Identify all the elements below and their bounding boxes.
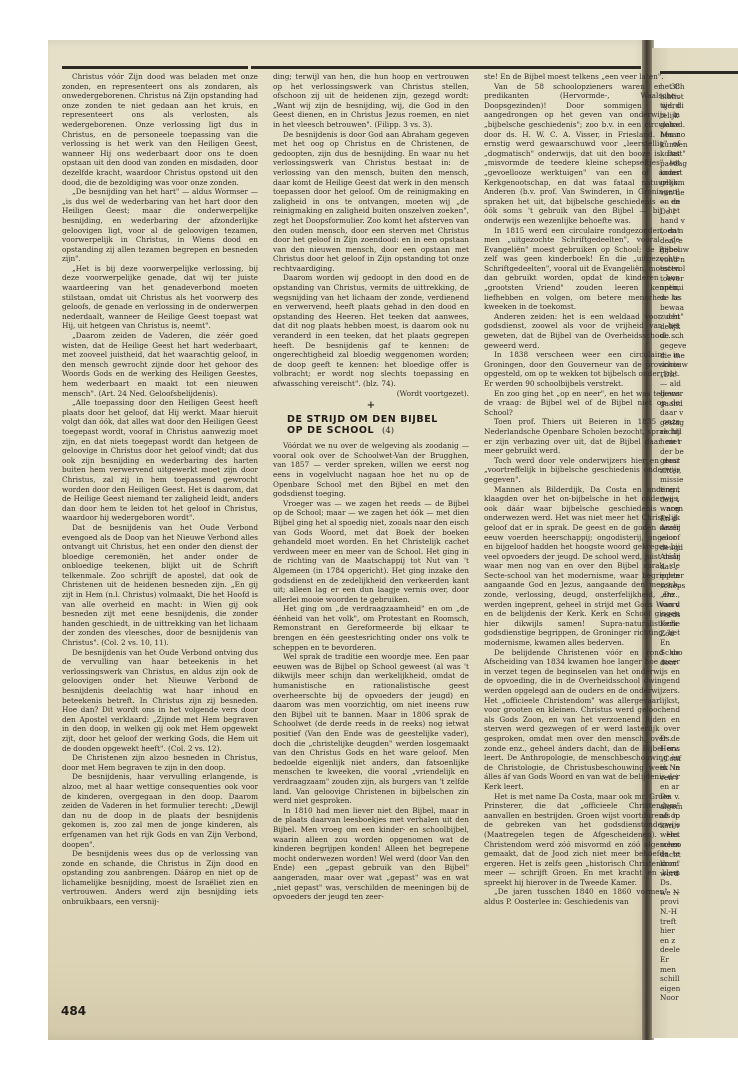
text-line-fragment: de sch xyxy=(660,331,738,341)
paragraph: Christus vóór Zijn dood was beladen met … xyxy=(62,72,258,187)
paragraph: ding; terwijl van hen, die hun hoop en v… xyxy=(273,72,469,130)
text-line-fragment: tijd, di xyxy=(660,101,738,111)
text-line-fragment: gehad. xyxy=(660,120,738,130)
text-line-fragment: Anslij xyxy=(660,523,738,533)
text-line-fragment: als h xyxy=(660,811,738,821)
paragraph: Vroeger was — we zagen het reeds — de Bi… xyxy=(273,499,469,605)
text-line-fragment xyxy=(660,686,738,696)
text-line-fragment: gaand xyxy=(660,399,738,409)
text-line-fragment: scheps xyxy=(660,581,738,591)
text-line-fragment: ven i xyxy=(660,773,738,783)
text-line-fragment: van he xyxy=(660,188,738,198)
text-line-fragment: in Ne xyxy=(660,763,738,773)
text-line-fragment: „Dic xyxy=(660,370,738,380)
text-line-fragment: die me xyxy=(660,351,738,361)
paragraph: „Alle toepassing door den Heiligen Geest… xyxy=(62,398,258,523)
text-line-fragment: optimi xyxy=(660,283,738,293)
paragraph: ste! En de Bijbel moest telkens „een vee… xyxy=(484,72,680,82)
column-rule-1 xyxy=(62,66,248,69)
text-line-fragment: en ar xyxy=(660,782,738,792)
text-line-fragment: hen no xyxy=(660,130,738,140)
paragraph: Mannen als Bilderdijk, Da Costa en ander… xyxy=(484,485,680,648)
paragraph: Het ging om „de verdraagzaamheid" en om … xyxy=(273,604,469,652)
text-line-fragment xyxy=(660,677,738,687)
text-line-fragment: Anslij xyxy=(660,552,738,562)
text-line-fragment: toever xyxy=(660,274,738,284)
text-line-fragment: kunnen xyxy=(660,140,738,150)
text-line-fragment: gebouw xyxy=(660,245,738,255)
text-line-fragment: daar v xyxy=(660,408,738,418)
text-line-fragment: gekom xyxy=(660,178,738,188)
text-line-fragment: bewaa xyxy=(660,303,738,313)
paragraph: En zoo ging het „op en neer", en het was… xyxy=(484,389,680,418)
text-line-fragment: rechtl xyxy=(660,427,738,437)
text-line-fragment: den t xyxy=(660,495,738,505)
text-line-fragment xyxy=(660,696,738,706)
text-line-fragment: hier xyxy=(660,926,738,936)
column-2: ding; terwijl van hen, die hun hoop en v… xyxy=(273,72,469,902)
paragraph: Vóórdat we nu over de welgeving als zood… xyxy=(273,441,469,499)
paragraph: De besnijdenis, haar vervulling erlangen… xyxy=(62,772,258,849)
text-line-fragment: toen n xyxy=(660,226,738,236)
text-line-fragment xyxy=(660,725,738,735)
text-line-fragment: provi xyxy=(660,897,738,907)
text-line-fragment: ken v xyxy=(660,821,738,831)
text-line-fragment: eigen xyxy=(660,984,738,994)
paragraph: De besnijdenis wees dus op de verlossing… xyxy=(62,849,258,907)
separator-cross: + xyxy=(273,400,469,412)
text-line-fragment: N.-H xyxy=(660,907,738,917)
text-line-fragment: Herv. xyxy=(660,744,738,754)
article1-ending: ding; terwijl van hen, die hun hoop en v… xyxy=(273,72,469,389)
text-line-fragment: Noor xyxy=(660,993,738,1003)
text-line-fragment: komst" xyxy=(660,149,738,159)
text-line-fragment: paedag xyxy=(660,159,738,169)
paragraph: Het is met name Da Costa, maar ook mr. G… xyxy=(484,792,680,888)
text-line-fragment: Er xyxy=(660,955,738,965)
paragraph: Toch werd door vele onderwijzers hier en… xyxy=(484,456,680,485)
text-line-fragment xyxy=(660,667,738,677)
text-line-fragment: door xyxy=(660,658,738,668)
text-line-fragment: en de xyxy=(660,197,738,207)
text-line-fragment xyxy=(660,706,738,716)
text-line-fragment: komst xyxy=(660,168,738,178)
text-line-fragment: tactvol xyxy=(660,264,738,274)
paragraph: Daarom worden wij gedoopt in den dood en… xyxy=(273,273,469,388)
paragraph: De besnijdenis van het Oude Verbond ontv… xyxy=(62,648,258,754)
page-number: 484 xyxy=(61,1004,86,1018)
paragraph: Toen prof. Thiers uit Beieren in 1835 on… xyxy=(484,417,680,455)
paragraph: In 1815 werd een circulaire rondgezonden… xyxy=(484,226,680,312)
text-line-fragment: De xyxy=(660,792,738,802)
text-line-fragment: gewor xyxy=(660,389,738,399)
text-line-fragment: wens xyxy=(660,830,738,840)
text-line-fragment: Zód xyxy=(660,629,738,639)
text-line-fragment: schill xyxy=(660,974,738,984)
text-line-fragment: echter xyxy=(660,571,738,581)
text-line-fragment: „Conf xyxy=(660,754,738,764)
text-line-fragment: deugd xyxy=(660,543,738,553)
text-line-fragment: men xyxy=(660,965,738,975)
paragraph: Anderen zeiden: het is een weldaad voor … xyxy=(484,312,680,350)
text-line-fragment: van v xyxy=(660,600,738,610)
text-line-fragment: geslag xyxy=(660,418,738,428)
text-line-fragment: en z xyxy=(660,936,738,946)
text-line-fragment: der be xyxy=(660,447,738,457)
paragraph: Van de 58 schoolopzieners waren er 38 pr… xyxy=(484,82,680,226)
column-3: ste! En de Bijbel moest telkens „een vee… xyxy=(484,72,680,907)
text-line-fragment: algem xyxy=(660,802,738,812)
text-line-fragment: de las xyxy=(660,293,738,303)
text-line-fragment: we N xyxy=(660,888,738,898)
facing-page-column-fragment: het Chbibliottijd, ditelijkgehad.hen nok… xyxy=(660,82,738,1003)
text-line-fragment: dacht xyxy=(660,850,738,860)
text-line-fragment: treft xyxy=(660,917,738,927)
text-line-fragment: En xyxy=(660,638,738,648)
text-line-fragment: Ds. xyxy=(660,878,738,888)
article2-body: Vóórdat we nu over de welgeving als zood… xyxy=(273,441,469,902)
text-line-fragment: deele xyxy=(660,945,738,955)
text-line-fragment: krom xyxy=(660,859,738,869)
text-line-fragment: bibliot xyxy=(660,92,738,102)
text-line-fragment: En d xyxy=(660,514,738,524)
paragraph: „Het is bij deze voorwerpelijke verlossi… xyxy=(62,264,258,331)
text-line-fragment: „De xyxy=(660,590,738,600)
paragraph: In 1810 had men liever niet den Bijbel, … xyxy=(273,806,469,902)
column-rule-2 xyxy=(251,66,641,69)
text-line-fragment xyxy=(660,715,738,725)
text-line-fragment: ting t xyxy=(660,485,738,495)
text-line-fragment: gegeve xyxy=(660,341,738,351)
text-line-fragment: vond n xyxy=(660,255,738,265)
paragraph: „De besnijding van het hart" — aldus Wor… xyxy=(62,187,258,264)
text-line-fragment: — ald xyxy=(660,379,738,389)
text-line-fragment: hand v xyxy=(660,216,738,226)
continued-note: (Wordt voortgezet). xyxy=(273,389,469,399)
text-line-fragment: schoo xyxy=(660,840,738,850)
text-line-fragment: reeds xyxy=(660,610,738,620)
text-line-fragment: schouw xyxy=(660,360,738,370)
article-title: DE STRIJD OM DEN BIJBEL OP DE SCHOOL (4) xyxy=(287,414,469,437)
text-line-fragment: hem r xyxy=(660,437,738,447)
article-title-line2: OP DE SCHOOL xyxy=(287,425,374,436)
text-line-fragment: telijk xyxy=(660,111,738,121)
article-part-number: (4) xyxy=(382,426,394,436)
text-line-fragment: Schoo xyxy=(660,648,738,658)
paragraph: Wel sprak de traditie een woordje mee. E… xyxy=(273,652,469,806)
text-line-fragment: voor xyxy=(660,533,738,543)
paragraph: De Christenen zijn alzoo besneden in Chr… xyxy=(62,753,258,772)
text-line-fragment: den, e xyxy=(660,236,738,246)
text-line-fragment: Ds. xyxy=(660,734,738,744)
text-line-fragment: zucht" xyxy=(660,312,738,322)
paragraph: De besnijdenis is door God aan Abraham g… xyxy=(273,130,469,274)
paragraph: In 1838 verscheen weer een circulaire in… xyxy=(484,350,680,388)
text-line-fragment: dat „ xyxy=(660,562,738,572)
text-line-fragment: het Ch xyxy=(660,82,738,92)
article-title-line1: DE STRIJD OM DEN BIJBEL xyxy=(287,414,438,425)
paragraph: Dat de besnijdenis van het Oude Verbond … xyxy=(62,523,258,648)
paragraph: De belijdende Christenen vóór en rond de… xyxy=(484,648,680,792)
text-line-fragment: zitter, xyxy=(660,466,738,476)
text-line-fragment: delijk xyxy=(660,322,738,332)
text-line-fragment: word xyxy=(660,869,738,879)
text-line-fragment: De I xyxy=(660,207,738,217)
column-1: Christus vóór Zijn dood was beladen met … xyxy=(62,72,258,907)
paragraph: „Daarom zeiden de Vaderen, die zéér goed… xyxy=(62,331,258,398)
text-line-fragment: geest xyxy=(660,456,738,466)
text-line-fragment: missie xyxy=(660,475,738,485)
text-line-fragment: Kerk xyxy=(660,619,738,629)
paragraph: „De jaren tusschen 1840 en 1860 vormen" … xyxy=(484,887,680,906)
text-line-fragment: waren xyxy=(660,504,738,514)
